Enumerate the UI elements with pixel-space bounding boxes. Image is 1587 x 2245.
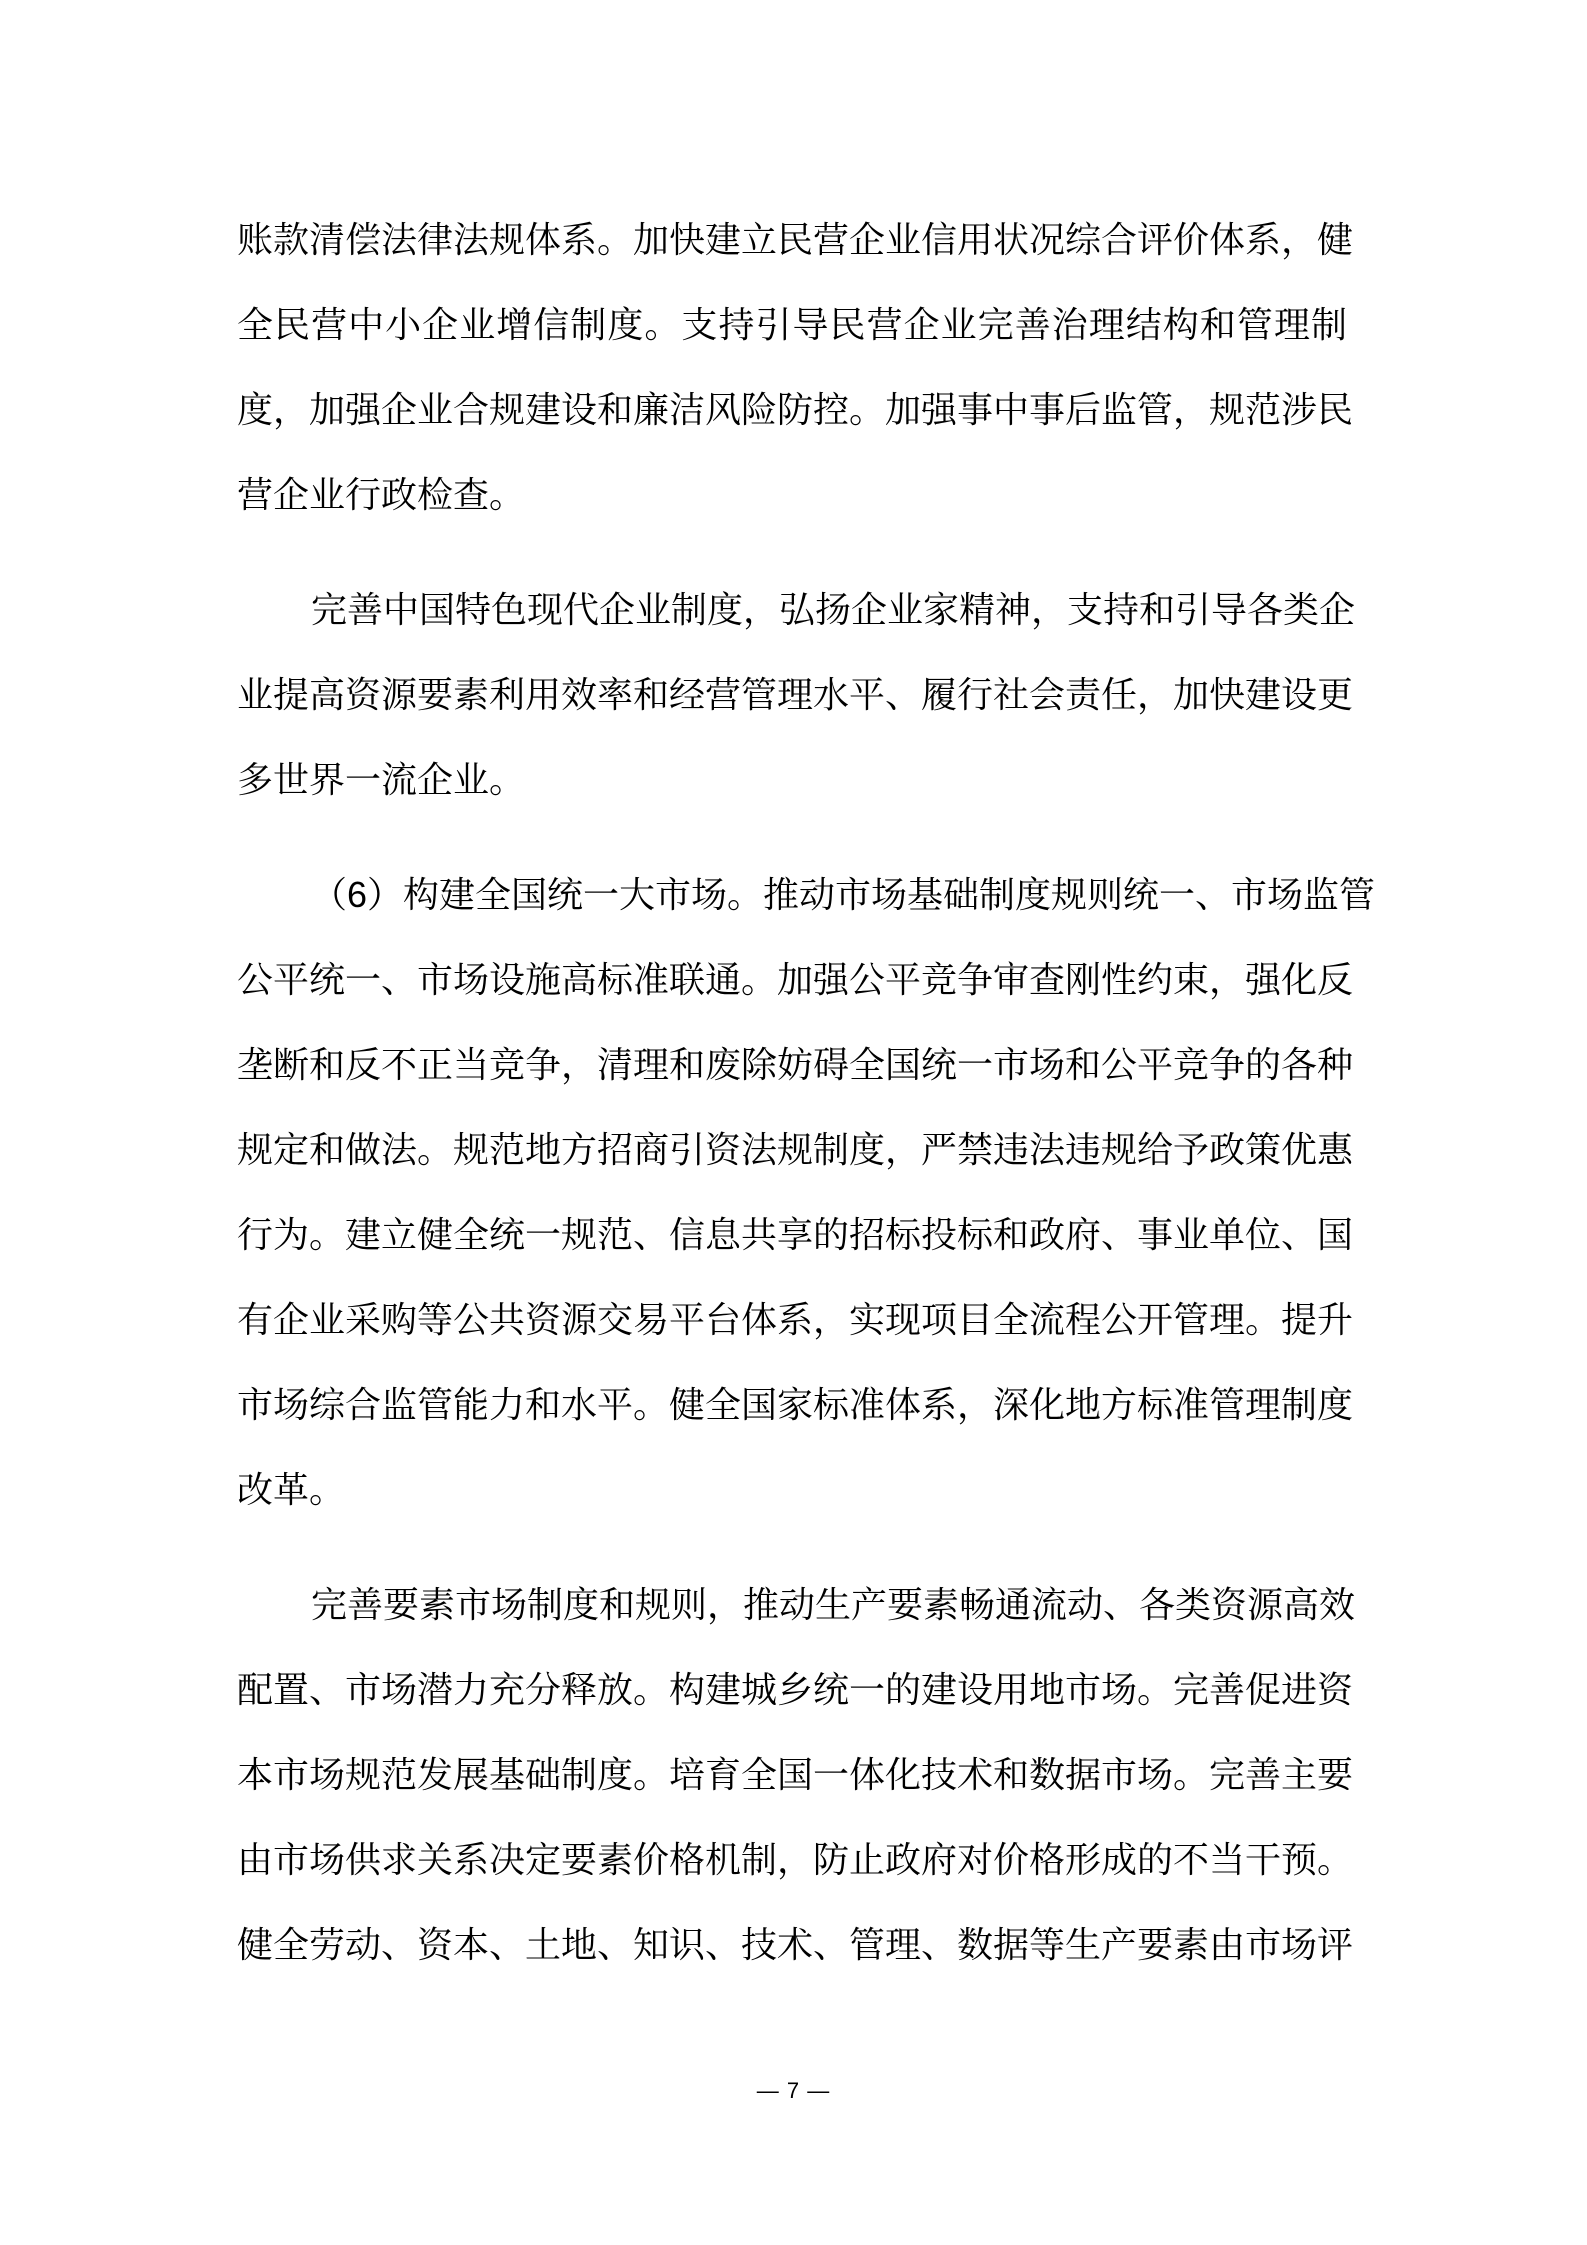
text-line: 公平统一、市场设施高标准联通。加强公平竞争审查刚性约束，强化反 <box>237 937 1347 1022</box>
text-line: 营企业行政检查。 <box>237 452 1347 537</box>
paragraph-2: 完善中国特色现代企业制度，弘扬企业家精神，支持和引导各类企 业提高资源要素利用效… <box>237 567 1347 822</box>
paragraph-3: （6）构建全国统一大市场。推动市场基础制度规则统一、市场监管 公平统一、市场设施… <box>237 852 1347 1532</box>
text-line: 行为。建立健全统一规范、信息共享的招标投标和政府、事业单位、国 <box>237 1192 1347 1277</box>
text-line: 规定和做法。规范地方招商引资法规制度，严禁违法违规给予政策优惠 <box>237 1107 1347 1192</box>
text-line: （6）构建全国统一大市场。推动市场基础制度规则统一、市场监管 <box>237 852 1347 937</box>
text-line: 配置、市场潜力充分释放。构建城乡统一的建设用地市场。完善促进资 <box>237 1647 1347 1732</box>
page-number: — 7 — <box>0 2078 1587 2104</box>
text-line: 健全劳动、资本、土地、知识、技术、管理、数据等生产要素由市场评 <box>237 1902 1347 1987</box>
text-line: 改革。 <box>237 1447 1347 1532</box>
paragraph-1: 账款清偿法律法规体系。加快建立民营企业信用状况综合评价体系，健 全民营中小企业增… <box>237 197 1347 537</box>
text-line: 度，加强企业合规建设和廉洁风险防控。加强事中事后监管，规范涉民 <box>237 367 1347 452</box>
document-text-block: 账款清偿法律法规体系。加快建立民营企业信用状况综合评价体系，健 全民营中小企业增… <box>237 197 1347 2017</box>
text-line: 本市场规范发展基础制度。培育全国一体化技术和数据市场。完善主要 <box>237 1732 1347 1817</box>
document-page: 账款清偿法律法规体系。加快建立民营企业信用状况综合评价体系，健 全民营中小企业增… <box>0 0 1587 2245</box>
text-line: 完善要素市场制度和规则，推动生产要素畅通流动、各类资源高效 <box>237 1562 1347 1647</box>
text-line: 多世界一流企业。 <box>237 737 1347 822</box>
text-line: 业提高资源要素利用效率和经营管理水平、履行社会责任，加快建设更 <box>237 652 1347 737</box>
text-line: 垄断和反不正当竞争，清理和废除妨碍全国统一市场和公平竞争的各种 <box>237 1022 1347 1107</box>
text-line: 有企业采购等公共资源交易平台体系，实现项目全流程公开管理。提升 <box>237 1277 1347 1362</box>
text-line: 全民营中小企业增信制度。支持引导民营企业完善治理结构和管理制 <box>237 282 1347 367</box>
paragraph-4: 完善要素市场制度和规则，推动生产要素畅通流动、各类资源高效 配置、市场潜力充分释… <box>237 1562 1347 1987</box>
text-line: 市场综合监管能力和水平。健全国家标准体系，深化地方标准管理制度 <box>237 1362 1347 1447</box>
text-line: 账款清偿法律法规体系。加快建立民营企业信用状况综合评价体系，健 <box>237 197 1347 282</box>
text-line: 由市场供求关系决定要素价格机制，防止政府对价格形成的不当干预。 <box>237 1817 1347 1902</box>
text-line: 完善中国特色现代企业制度，弘扬企业家精神，支持和引导各类企 <box>237 567 1347 652</box>
